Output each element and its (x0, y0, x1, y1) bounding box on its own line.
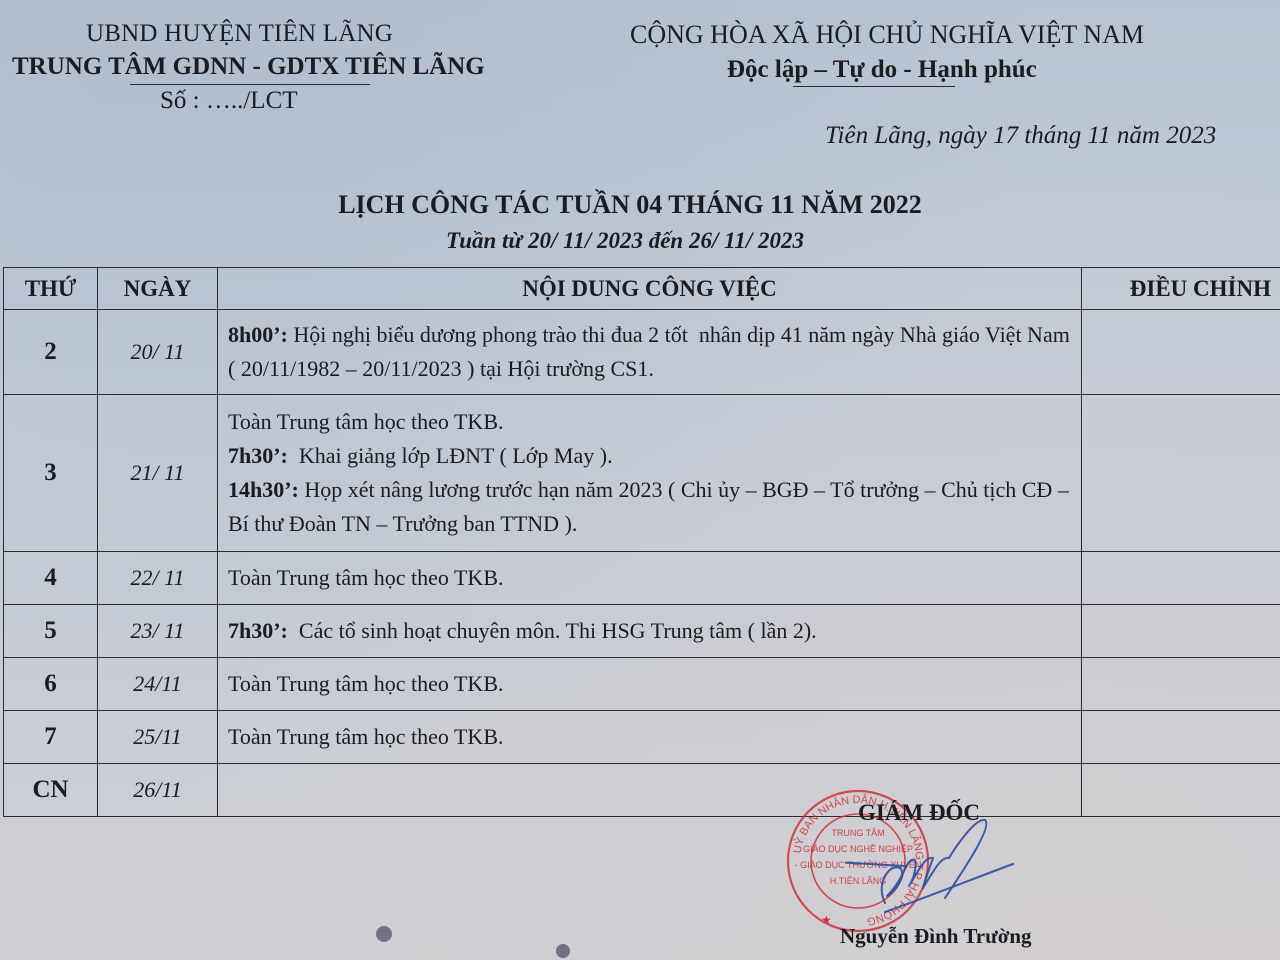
document-subtitle: Tuần từ 20/ 11/ 2023 đến 26/ 11/ 2023 (0, 228, 1250, 254)
column-header-date: NGÀY (98, 268, 218, 310)
content-cell: Toàn Trung tâm học theo TKB. (218, 658, 1082, 711)
task-text: Toàn Trung tâm học theo TKB. (228, 724, 504, 749)
adjustment-cell (1082, 711, 1280, 764)
schedule-table: THỨ NGÀY NỘI DUNG CÔNG VIỆC ĐIỀU CHỈNH 2… (3, 267, 1280, 817)
document-number: Số : …../LCT (160, 87, 298, 115)
column-header-content: NỘI DUNG CÔNG VIỆC (218, 268, 1082, 310)
task-time: 7h30’: (228, 618, 288, 643)
task-text: Toàn Trung tâm học theo TKB. (228, 409, 504, 434)
adjustment-cell (1082, 764, 1280, 817)
day-cell: 3 (4, 395, 98, 552)
document-title: LỊCH CÔNG TÁC TUẦN 04 THÁNG 11 NĂM 2022 (0, 190, 1260, 220)
task-line: 14h30’: Họp xét nâng lương trước hạn năm… (228, 473, 1071, 541)
table-row: 523/ 117h30’: Các tổ sinh hoạt chuyên mô… (4, 605, 1280, 658)
adjustment-cell (1082, 658, 1280, 711)
handwritten-signature (845, 808, 1015, 918)
task-line: 7h30’: Khai giảng lớp LĐNT ( Lớp May ). (228, 439, 1071, 473)
svg-text:★: ★ (821, 913, 832, 927)
national-title: CỘNG HÒA XÃ HỘI CHỦ NGHĨA VIỆT NAM (630, 20, 1144, 50)
signatory-name: Nguyễn Đình Trường (840, 924, 1032, 949)
task-line: 7h30’: Các tổ sinh hoạt chuyên môn. Thi … (228, 614, 1071, 648)
content-cell: Toàn Trung tâm học theo TKB. (218, 552, 1082, 605)
place-and-date: Tiên Lãng, ngày 17 tháng 11 năm 2023 (825, 122, 1216, 150)
adjustment-cell (1082, 552, 1280, 605)
date-cell: 25/11 (98, 711, 218, 764)
table-row: 422/ 11Toàn Trung tâm học theo TKB. (4, 552, 1280, 605)
task-time: 8h00’: (228, 322, 288, 347)
header-right-rule (793, 86, 955, 87)
date-cell: 23/ 11 (98, 605, 218, 658)
date-cell: 26/11 (98, 764, 218, 817)
day-cell: 5 (4, 605, 98, 658)
table-row: 624/11Toàn Trung tâm học theo TKB. (4, 658, 1280, 711)
table-header-row: THỨ NGÀY NỘI DUNG CÔNG VIỆC ĐIỀU CHỈNH (4, 268, 1280, 310)
task-text: Họp xét nâng lương trước hạn năm 2023 ( … (228, 477, 1074, 536)
task-text: Toàn Trung tâm học theo TKB. (228, 671, 504, 696)
content-cell: 7h30’: Các tổ sinh hoạt chuyên môn. Thi … (218, 605, 1082, 658)
task-line: Toàn Trung tâm học theo TKB. (228, 667, 1071, 701)
ink-spot (376, 926, 392, 942)
adjustment-cell (1082, 605, 1280, 658)
task-time: 14h30’: (228, 477, 299, 502)
header-left-rule (130, 84, 370, 85)
adjustment-cell (1082, 310, 1280, 395)
content-cell: 8h00’: Hội nghị biểu dương phong trào th… (218, 310, 1082, 395)
task-text: Hội nghị biểu dương phong trào thi đua 2… (228, 322, 1075, 381)
day-cell: CN (4, 764, 98, 817)
table-row: 725/11Toàn Trung tâm học theo TKB. (4, 711, 1280, 764)
date-cell: 20/ 11 (98, 310, 218, 395)
table-row: 321/ 11Toàn Trung tâm học theo TKB.7h30’… (4, 395, 1280, 552)
day-cell: 4 (4, 552, 98, 605)
table-row: CN26/11 (4, 764, 1280, 817)
day-cell: 2 (4, 310, 98, 395)
task-line: Toàn Trung tâm học theo TKB. (228, 720, 1071, 754)
column-header-adjustment: ĐIỀU CHỈNH (1082, 268, 1280, 310)
task-text: Toàn Trung tâm học theo TKB. (228, 565, 504, 590)
column-header-day: THỨ (4, 268, 98, 310)
ink-spot (556, 944, 570, 958)
date-cell: 21/ 11 (98, 395, 218, 552)
schedule-body: 220/ 118h00’: Hội nghị biểu dương phong … (4, 310, 1280, 817)
day-cell: 6 (4, 658, 98, 711)
task-line: Toàn Trung tâm học theo TKB. (228, 561, 1071, 595)
date-cell: 24/11 (98, 658, 218, 711)
content-cell: Toàn Trung tâm học theo TKB.7h30’: Khai … (218, 395, 1082, 552)
date-cell: 22/ 11 (98, 552, 218, 605)
day-cell: 7 (4, 711, 98, 764)
task-line: 8h00’: Hội nghị biểu dương phong trào th… (228, 318, 1071, 386)
issuing-authority: UBND HUYỆN TIÊN LÃNG (86, 20, 393, 48)
task-line: Toàn Trung tâm học theo TKB. (228, 405, 1071, 439)
task-time: 7h30’: (228, 443, 288, 468)
content-cell: Toàn Trung tâm học theo TKB. (218, 711, 1082, 764)
table-row: 220/ 118h00’: Hội nghị biểu dương phong … (4, 310, 1280, 395)
national-motto: Độc lập – Tự do - Hạnh phúc (727, 56, 1037, 84)
adjustment-cell (1082, 395, 1280, 552)
organization-name: TRUNG TÂM GDNN - GDTX TIÊN LÃNG (12, 53, 485, 81)
task-text: Các tổ sinh hoạt chuyên môn. Thi HSG Tru… (288, 618, 817, 643)
task-text: Khai giảng lớp LĐNT ( Lớp May ). (288, 443, 613, 468)
